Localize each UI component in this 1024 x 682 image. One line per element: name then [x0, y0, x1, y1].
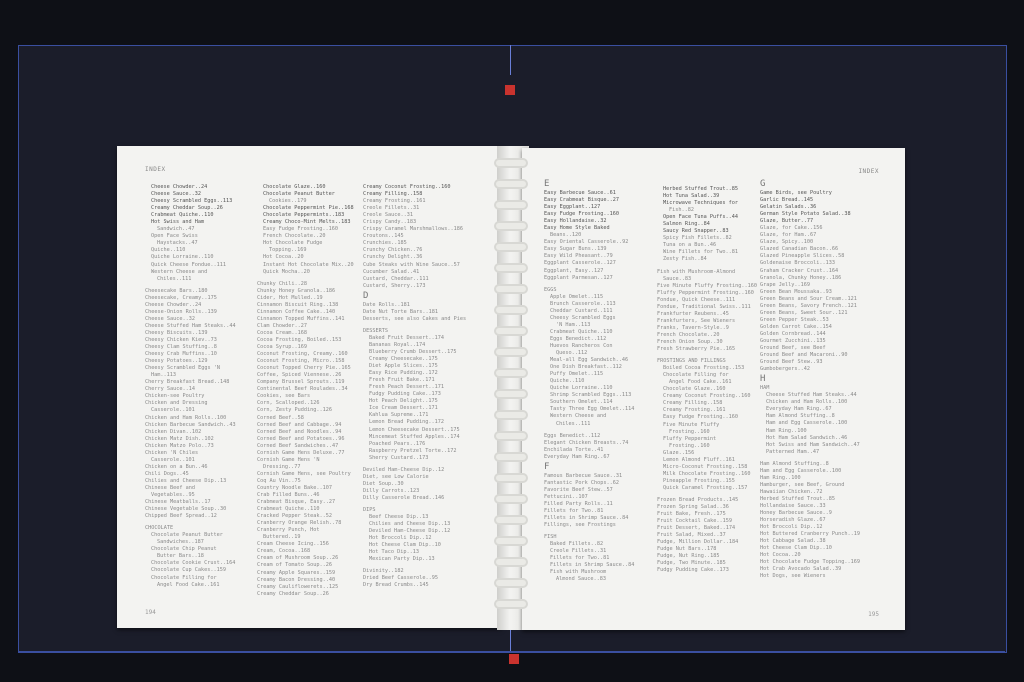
index-entry: Eggs Benedict..112	[544, 433, 634, 440]
index-entry: Cocoa Syrup..169	[257, 344, 354, 351]
index-entry: Baked Fillets..82	[544, 541, 634, 548]
index-entry: Butter Bars..18	[145, 553, 236, 560]
index-entry: Diet, see Low Calorie	[363, 474, 466, 481]
index-entry: Chinese Meatballs..17	[145, 499, 236, 506]
index-entry: Fish with Mushroom	[544, 569, 634, 576]
section-letter: H	[760, 373, 860, 385]
index-entry: German Style Potato Salad..38	[760, 211, 860, 218]
index-entry: Cornish Game Hens 'N	[257, 457, 354, 464]
index-entry: Ham..113	[145, 372, 236, 379]
index-entry: Ice Cream Dessert..171	[363, 405, 466, 412]
index-entry: Custard, Cheddar..111	[363, 276, 466, 283]
index-entry: Cinnamon Coffee Cake..140	[257, 309, 354, 316]
index-entry: Kahlua Supreme..171	[363, 412, 466, 419]
index-entry: Creole Fillets..31	[363, 205, 466, 212]
index-entry: Chicken Matzo Polo..73	[145, 443, 236, 450]
index-entry: Fish with Mushroom-Almond	[657, 269, 757, 276]
left-col-2: Chocolate Glaze..160Chocolate Peanut But…	[257, 184, 354, 598]
section-letter: F	[544, 461, 634, 473]
spiral-ring	[494, 305, 528, 315]
index-entry: Cookies, see Bars	[257, 393, 354, 400]
index-entry: Fudge, Nut Ring..185	[657, 553, 757, 560]
index-entry: CHOCOLATE	[145, 525, 236, 532]
index-entry: Cheese-Onion Rolls..139	[145, 309, 236, 316]
index-entry: Fillets for Two..81	[544, 508, 634, 515]
index-entry: Glaze, for Cake..156	[760, 225, 860, 232]
index-entry: Frankfurter Reubens..45	[657, 311, 757, 318]
index-entry: Cornish Game Hens Deluxe..77	[257, 450, 354, 457]
index-entry: Ham and Egg Casserole..100	[760, 420, 860, 427]
index-entry: DIPS	[363, 507, 466, 514]
index-entry: Cheesy Clam Stuffing..8	[145, 344, 236, 351]
index-entry: Raspberry Pretzel Torte..172	[363, 448, 466, 455]
index-entry: Vegetables..95	[145, 492, 236, 499]
index-entry: Herbed Stuffed Trout..85	[760, 496, 860, 503]
index-entry: Glaze, Butter..77	[760, 218, 860, 225]
spiral-ring	[494, 515, 528, 525]
index-entry: Hot Swiss and Ham Sandwich..47	[760, 442, 860, 449]
index-entry: Creamy Cheesecake..175	[363, 356, 466, 363]
index-entry: Date Rolls..181	[363, 302, 466, 309]
index-entry: Hot Peach Delight..175	[363, 398, 466, 405]
guide-line-top	[18, 45, 1005, 46]
index-entry: Frosting..160	[657, 429, 757, 436]
index-entry: Corn, Scalloped..126	[257, 400, 354, 407]
spiral-ring	[494, 473, 528, 483]
index-entry: Cocoa Frosting, Boiled..153	[257, 337, 354, 344]
spiral-ring	[494, 536, 528, 546]
left-page-number: 194	[145, 609, 156, 616]
index-entry: Everyday Ham Ring..67	[544, 454, 634, 461]
index-entry: Huevos Rancheros Con	[544, 343, 634, 350]
index-entry: Bananas Royal..174	[363, 342, 466, 349]
index-entry: Easy Hollandaise..32	[544, 218, 634, 225]
spiral-ring	[494, 494, 528, 504]
index-entry: Frozen Bread Products..145	[657, 497, 757, 504]
index-entry: Ham Ring..100	[760, 475, 860, 482]
index-entry: Cornish Game Hens, see Poultry	[257, 471, 354, 478]
index-entry: Chicken 'N Chiles	[145, 450, 236, 457]
index-entry: Quiche Lorraine..110	[145, 254, 236, 261]
index-entry: Lemon Bread Pudding..172	[363, 419, 466, 426]
index-entry: Cheesy Scrambled Eggs..113	[145, 198, 236, 205]
spiral-ring	[494, 284, 528, 294]
index-entry: Hot Taco Dip..13	[363, 549, 466, 556]
index-entry: Goldenaise Broccoli..133	[760, 260, 860, 267]
index-entry: Patterned Ham..47	[760, 449, 860, 456]
index-entry: Gumbobergers..42	[760, 366, 860, 373]
left-col-3: Creamy Coconut Frosting..160Creamy Filli…	[363, 184, 466, 589]
index-entry: One Dish Breakfast..112	[544, 364, 634, 371]
section-letter: D	[363, 290, 466, 302]
index-entry: Coq Au Vin..75	[257, 478, 354, 485]
index-entry: Ham Ring..100	[760, 428, 860, 435]
index-entry: Diet Apple Slices..175	[363, 363, 466, 370]
index-entry: Salmon Ring..84	[657, 221, 757, 228]
index-entry: French Onion Soup..30	[657, 339, 757, 346]
index-entry: Crabmeat Bisque, Easy..27	[257, 499, 354, 506]
index-entry: Gourmet Zucchini..135	[760, 338, 860, 345]
index-entry: Cinnamon Biscuit Ring..138	[257, 302, 354, 309]
index-entry: Creamy Bacon Dressing..40	[257, 577, 354, 584]
index-entry: Crabmeat Quiche..110	[145, 212, 236, 219]
index-entry: Chocolate Cookie Crust..164	[145, 560, 236, 567]
index-entry: Cheesecake, Creamy..175	[145, 295, 236, 302]
index-entry: Fudgy Pudding Cake..173	[657, 567, 757, 574]
index-entry: Chiles..111	[544, 421, 634, 428]
index-entry: Hot Crab Avocado Salad..39	[760, 566, 860, 573]
index-entry: Chocolate Peanut Butter	[257, 191, 354, 198]
spiral-ring	[494, 599, 528, 609]
index-entry: Coconut Frosting, Creamy..160	[257, 351, 354, 358]
index-entry: Cream, Cocoa..168	[257, 548, 354, 555]
index-entry: Fettucini..107	[544, 494, 634, 501]
index-entry: Corn, Zesty Pudding..126	[257, 407, 354, 414]
index-entry: Chocolate Cup Cakes..159	[145, 567, 236, 574]
index-entry: Crunchy Chicken..76	[363, 247, 466, 254]
index-entry: Corned Beef Sandwiches..47	[257, 443, 354, 450]
index-entry: Enchilada Torte..41	[544, 447, 634, 454]
index-entry: Eggplant, Easy..127	[544, 268, 634, 275]
right-col-3: GGame Birds, see PoultryGarlic Bread..14…	[760, 178, 860, 580]
index-entry: Creamy Apple Squares..159	[257, 570, 354, 577]
index-entry: Haystacks..47	[145, 240, 236, 247]
index-entry: Fudge Nut Bars..178	[657, 546, 757, 553]
index-entry: Corned Beef and Potatoes..96	[257, 436, 354, 443]
index-entry: Frankfurters, See Wieners	[657, 318, 757, 325]
index-entry: Cranberry Punch, Hot	[257, 527, 354, 534]
index-entry: Coconut Topped Cherry Pie..165	[257, 365, 354, 372]
spiral-ring	[494, 389, 528, 399]
index-entry: Dilly Casserole Bread..146	[363, 495, 466, 502]
index-entry: Hot Cabbage Salad..38	[760, 538, 860, 545]
index-entry: Wine Fillets for Two..81	[657, 249, 757, 256]
index-entry: Crunchies..185	[363, 240, 466, 247]
spiral-ring	[494, 200, 528, 210]
index-entry: Lemon Almond Fluff..161	[657, 457, 757, 464]
spiral-ring	[494, 326, 528, 336]
index-entry: Cheese Chowder..24	[145, 302, 236, 309]
index-entry: Ground Beef and Macaroni..90	[760, 352, 860, 359]
index-entry: Creamy Coconut Frosting..160	[657, 393, 757, 400]
index-entry: Micro-Coconut Frosting..158	[657, 464, 757, 471]
index-entry: Chicken Divan..102	[145, 429, 236, 436]
index-entry: Instant Hot Chocolate Mix..20	[257, 262, 354, 269]
index-entry: Cucumber Salad..41	[363, 269, 466, 276]
index-entry: Meal-all Egg Sandwich..46	[544, 357, 634, 364]
index-entry: Green Beans, Sweet Sour..121	[760, 310, 860, 317]
index-entry: Everyday Ham Ring..67	[760, 406, 860, 413]
index-entry: Coconut Frosting, Micro..158	[257, 358, 354, 365]
index-entry: Beef Cheese Dip..13	[363, 514, 466, 521]
index-entry: Chicken Matz Dish..102	[145, 436, 236, 443]
index-entry: Chunky Chili..28	[257, 281, 354, 288]
index-entry: Chilies and Cheese Dip..13	[145, 478, 236, 485]
guide-line-bottom	[18, 651, 1005, 652]
index-entry: Cheesy Biscuits..139	[145, 330, 236, 337]
index-entry: Hot Cheese Clam Dip..10	[363, 542, 466, 549]
index-entry: Custard, Sherry..173	[363, 283, 466, 290]
index-entry: Hot Broccoli Dip..12	[363, 535, 466, 542]
index-entry: Fudgy Pudding Cake..173	[363, 391, 466, 398]
index-entry: Cherry Sauce..14	[145, 386, 236, 393]
index-entry: Deviled Ham-Cheese Dip..12	[363, 528, 466, 535]
spiral-ring	[494, 452, 528, 462]
index-entry: Easy Crabmeat Bisque..27	[544, 197, 634, 204]
index-entry: Grape Jelly..169	[760, 282, 860, 289]
left-col-1: Cheese Chowder..24Cheese Sauce..32Cheesy…	[145, 184, 236, 589]
index-entry: Apple Omelet..115	[544, 294, 634, 301]
spiral-ring	[494, 347, 528, 357]
index-entry: Open Face Swiss	[145, 233, 236, 240]
index-entry: Pineapple Frosting..155	[657, 478, 757, 485]
index-entry: Cheese Sauce..32	[145, 316, 236, 323]
index-entry: Western Cheese and	[544, 413, 634, 420]
index-entry: Hot Swiss and Ham	[145, 219, 236, 226]
index-entry: Hawaiian Chicken..72	[760, 489, 860, 496]
index-entry: Green Pepper Steak..53	[760, 317, 860, 324]
index-entry: Sandwiches..187	[145, 539, 236, 546]
spiral-ring	[494, 179, 528, 189]
index-entry: Hot Cheese Clam Dip..10	[760, 545, 860, 552]
right-page: INDEX EEasy Barbecue Sauce..61Easy Crabm…	[522, 148, 905, 630]
index-entry: Five Minute Fluffy	[657, 422, 757, 429]
index-entry: Dry Bread Crumbs..145	[363, 582, 466, 589]
index-entry: Franks, Tavern-Style..9	[657, 325, 757, 332]
index-entry: FISH	[544, 534, 634, 541]
index-entry: Company Brussel Sprouts..119	[257, 379, 354, 386]
index-entry: Hot Broccoli Dip..12	[760, 524, 860, 531]
index-entry: Buttered..19	[257, 534, 354, 541]
index-entry: Tuna on a Bun..46	[657, 242, 757, 249]
index-entry: Cracked Pepper Steak..52	[257, 513, 354, 520]
left-page-header: INDEX	[145, 166, 166, 173]
index-entry: Easy Rice Pudding..172	[363, 370, 466, 377]
index-entry: Chinese Vegetable Soup..30	[145, 506, 236, 513]
index-entry: Cheesy Scrambled Eggs	[544, 315, 634, 322]
index-entry: Ham Almond Stuffing..8	[760, 413, 860, 420]
section-letter: G	[760, 178, 860, 190]
index-entry: Chipped Beef Spread..12	[145, 513, 236, 520]
index-entry: Chili Dogs..45	[145, 471, 236, 478]
index-entry: Cheesecake Bars..180	[145, 288, 236, 295]
index-entry: Western Cheese and	[145, 269, 236, 276]
index-entry: Hot Cocoa..20	[760, 552, 860, 559]
right-page-number: 195	[868, 611, 879, 618]
index-entry: Easy Wild Pheasant..79	[544, 253, 634, 260]
index-entry: Easy Sugar Buns..139	[544, 246, 634, 253]
index-entry: Hot Dogs, see Wieners	[760, 573, 860, 580]
index-entry: Boiled Cocoa Frosting..153	[657, 365, 757, 372]
index-entry: Fillings, see Frostings	[544, 522, 634, 529]
index-entry: Coffee, Spiced Viennese..26	[257, 372, 354, 379]
index-entry: Hot Chocolate Fudge	[257, 240, 354, 247]
index-entry: Fruit Dessert, Baked..174	[657, 525, 757, 532]
index-entry: Corned Beef and Noodles..94	[257, 429, 354, 436]
index-entry: Chicken and Ham Rolls..100	[760, 399, 860, 406]
index-entry: Crunchy Delight..36	[363, 254, 466, 261]
index-entry: Date Nut Torte Bars..181	[363, 309, 466, 316]
index-entry: Mincemeat Stuffed Apples..174	[363, 434, 466, 441]
index-entry: Cheese Stuffed Ham Steaks..44	[760, 392, 860, 399]
index-entry: Fillets in Shrimp Sauce..84	[544, 515, 634, 522]
spiral-ring	[494, 431, 528, 441]
index-entry: Glaze..156	[657, 450, 757, 457]
section-letter: E	[544, 178, 634, 190]
right-col-1: EEasy Barbecue Sauce..61Easy Crabmeat Bi…	[544, 178, 634, 583]
index-entry: Cream of Tomato Soup..26	[257, 562, 354, 569]
index-entry: Baked Fruit Dessert..174	[363, 335, 466, 342]
index-entry: Easy Fudge Frosting..160	[257, 226, 354, 233]
index-entry: Chicken Barbecue Sandwich..43	[145, 422, 236, 429]
index-entry: Easy Barbecue Sauce..61	[544, 190, 634, 197]
index-entry: Herbed Stuffed Trout..85	[657, 186, 757, 193]
index-entry: Fondue, Quick Cheese..111	[657, 297, 757, 304]
index-entry: Chocolate Peppermint Pie..168	[257, 205, 354, 212]
index-entry: Crispy Candy..183	[363, 219, 466, 226]
right-page-header: INDEX	[858, 168, 879, 175]
index-entry: Almond Sauce..83	[544, 576, 634, 583]
index-entry: Easy Fudge Frosting..160	[544, 211, 634, 218]
index-entry: Hollandaise Sauce..33	[760, 503, 860, 510]
index-entry: Dressing..77	[257, 464, 354, 471]
index-entry: Easy Eggplant..127	[544, 204, 634, 211]
index-entry: Brunch Casserole..113	[544, 301, 634, 308]
index-entry: Chicken-see Poultry	[145, 393, 236, 400]
index-entry: Filled Party Rolls..11	[544, 501, 634, 508]
spiral-ring	[494, 578, 528, 588]
index-entry: Quick Cheese Fondue..111	[145, 262, 236, 269]
index-entry: Easy Home Style Baked	[544, 225, 634, 232]
index-entry: Sandwich..47	[145, 226, 236, 233]
index-entry: Clam Chowder..27	[257, 323, 354, 330]
index-entry: DESSERTS	[363, 328, 466, 335]
index-entry: Ground Beef Stew..93	[760, 359, 860, 366]
index-entry: Crabmeat Quiche..110	[544, 329, 634, 336]
index-entry: Glazed Pineapple Slices..58	[760, 253, 860, 260]
index-entry: Chilies and Cheese Dip..13	[363, 521, 466, 528]
index-entry: Chinese Beef and	[145, 485, 236, 492]
spiral-ring	[494, 242, 528, 252]
index-entry: Creamy Frosting..161	[657, 407, 757, 414]
index-entry: Gelatin Salads..36	[760, 204, 860, 211]
index-entry: Quiche Lorraine..110	[544, 385, 634, 392]
index-entry: Fish..82	[657, 207, 757, 214]
index-entry: Garlic Bread..145	[760, 197, 860, 204]
index-entry: Eggplant Casserole..127	[544, 260, 634, 267]
index-entry: Graham Cracker Crust..164	[760, 268, 860, 275]
index-entry: Topping..169	[257, 247, 354, 254]
index-entry: Deviled Ham-Cheese Dip..12	[363, 467, 466, 474]
index-entry: Diet Soup..30	[363, 481, 466, 488]
index-entry: Casserole..101	[145, 407, 236, 414]
index-entry: Crab Filled Buns..46	[257, 492, 354, 499]
index-entry: Easy Oriental Casserole..92	[544, 239, 634, 246]
index-entry: Chicken and Dressing	[145, 400, 236, 407]
index-entry: Eggs Benedict..112	[544, 336, 634, 343]
index-entry: Famous Barbecue Sauce..31	[544, 473, 634, 480]
index-entry: Creamy Frosting..161	[363, 198, 466, 205]
index-entry: Hamburger, see Beef, Ground	[760, 482, 860, 489]
index-entry: Creole Fillets..31	[544, 548, 634, 555]
index-entry: Cheesy Chicken Kiev..73	[145, 337, 236, 344]
index-entry: Fresh Strawberry Pie..165	[657, 346, 757, 353]
index-entry: Five Minute Fluffy Frosting..160	[657, 283, 757, 290]
index-entry: Creamy Choco-Mint Melts..183	[257, 219, 354, 226]
index-entry: Croutons..145	[363, 233, 466, 240]
index-entry: Quick Mocha..20	[257, 269, 354, 276]
index-entry: Hot Ham Salad Sandwich..46	[760, 435, 860, 442]
registration-marker-top	[505, 85, 515, 95]
index-entry: Fruit Salad, Mixed..37	[657, 532, 757, 539]
index-entry: Cinnamon Topped Muffins..141	[257, 316, 354, 323]
index-entry: Cream of Mushroom Soup..26	[257, 555, 354, 562]
index-entry: Quiche..110	[544, 378, 634, 385]
index-entry: Creamy Cheddar Soup..26	[257, 591, 354, 598]
index-entry: French Chocolate..20	[257, 233, 354, 240]
index-entry: Corned Beef and Cabbage..94	[257, 422, 354, 429]
index-entry: Puffy Omelet..115	[544, 371, 634, 378]
index-entry: Cheesy Scrambled Eggs 'N	[145, 365, 236, 372]
index-entry: Creamy Filling..158	[657, 400, 757, 407]
index-entry: Spicy Fish Fillets..82	[657, 235, 757, 242]
right-col-2: Herbed Stuffed Trout..85Hot Tuna Salad..…	[657, 186, 757, 574]
registration-marker-bottom	[509, 654, 519, 664]
spiral-ring	[494, 221, 528, 231]
index-entry: Fruit Bake, Fresh..175	[657, 511, 757, 518]
index-entry: Divinity..182	[363, 568, 466, 575]
index-entry: Green Bean Moussaka..93	[760, 289, 860, 296]
index-entry: Creamy Cheddar Soup..26	[145, 205, 236, 212]
index-entry: Fudge, Million Dollar..184	[657, 539, 757, 546]
index-entry: Southern Omelet..114	[544, 399, 634, 406]
index-entry: Cube Steaks with Wine Sauce..57	[363, 262, 466, 269]
spiral-ring	[494, 557, 528, 567]
index-entry: Cranberry Orange Relish..78	[257, 520, 354, 527]
index-entry: Fillets for Two..81	[544, 555, 634, 562]
index-entry: Shrimp Scrambled Eggs..113	[544, 392, 634, 399]
index-entry: Cherry Breakfast Bread..148	[145, 379, 236, 386]
index-entry: Glaze, for Ham..67	[760, 232, 860, 239]
index-entry: Crispy Caramel Marshmallows..186	[363, 226, 466, 233]
index-entry: HAM	[760, 385, 860, 392]
index-entry: Cookies..179	[257, 198, 354, 205]
index-entry: Milk Chocolate Frosting..160	[657, 471, 757, 478]
spiral-ring	[494, 368, 528, 378]
index-entry: Honey Barbecue Sauce..9	[760, 510, 860, 517]
index-entry: Hot Buttered Cranberry Punch..19	[760, 531, 860, 538]
index-entry: Chocolate Glaze..160	[257, 184, 354, 191]
index-entry: Ham Almond Stuffing..8	[760, 461, 860, 468]
spiral-ring	[494, 410, 528, 420]
index-entry: Frozen Spring Salad..36	[657, 504, 757, 511]
index-entry: Fondue, Traditional Swiss..111	[657, 304, 757, 311]
index-entry: Angel Food Cake..161	[657, 379, 757, 386]
index-entry: Ham and Egg Casserole..100	[760, 468, 860, 475]
index-entry: Glaze, Spicy..100	[760, 239, 860, 246]
index-entry: Corned Beef..58	[257, 415, 354, 422]
index-entry: Elegant Chicken Breasts..74	[544, 440, 634, 447]
index-entry: Cocoa Cream..168	[257, 330, 354, 337]
index-entry: Hot Cocoa..20	[257, 254, 354, 261]
spiral-ring	[494, 263, 528, 273]
index-entry: 'N Ham..113	[544, 322, 634, 329]
index-entry: Fluffy Peppermint	[657, 436, 757, 443]
index-entry: Chocolate Filling for	[657, 372, 757, 379]
index-entry: Quick Caramel Frosting..157	[657, 485, 757, 492]
index-entry: Cream Cheese Icing..156	[257, 541, 354, 548]
index-entry: Cheesy Potatoes..129	[145, 358, 236, 365]
